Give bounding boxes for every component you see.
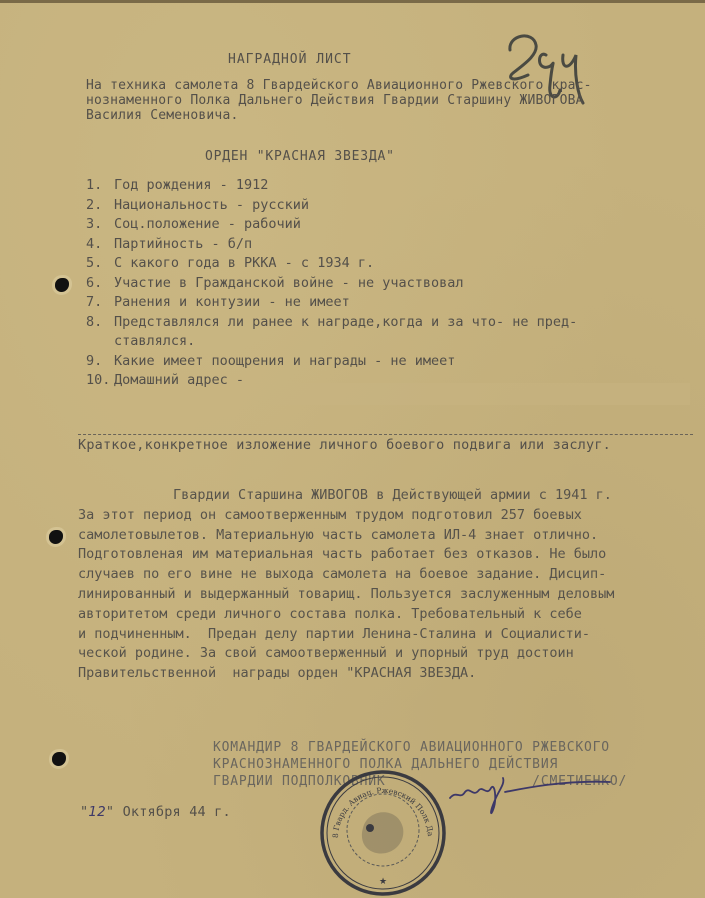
item-number: 5. bbox=[86, 254, 114, 274]
item-number: 1. bbox=[86, 176, 114, 196]
body-line: авторитетом среди личного состава полка.… bbox=[78, 605, 703, 625]
item-text: Ранения и контузии - не имеет bbox=[114, 293, 350, 313]
punch-hole bbox=[55, 278, 69, 292]
item-text: Партийность - б/п bbox=[114, 235, 252, 255]
body-line: Подготовленая им материальная часть рабо… bbox=[78, 545, 703, 565]
punch-hole bbox=[52, 752, 66, 766]
item-number: 4. bbox=[86, 235, 114, 255]
list-item: 2.Национальность - русский bbox=[86, 196, 686, 216]
svg-text:★: ★ bbox=[379, 877, 387, 887]
body-line: линированный и выдержанный товарищ. Поль… bbox=[78, 585, 703, 605]
punch-hole bbox=[49, 530, 63, 544]
intro-line: На техника самолета 8 Гвардейского Авиац… bbox=[86, 78, 592, 93]
document-date: "12" Октября 44 г. bbox=[80, 804, 231, 820]
item-number: 6. bbox=[86, 274, 114, 294]
body-line: и подчиненным. Предан делу партии Ленина… bbox=[78, 625, 703, 645]
item-number: 9. bbox=[86, 352, 114, 372]
body-line: Правительственной награды орден "КРАСНАЯ… bbox=[78, 664, 703, 684]
award-sheet-page: НАГРАДНОЙ ЛИСТ На техника самолета 8 Гва… bbox=[0, 0, 705, 898]
item-number: 8. bbox=[86, 313, 114, 333]
item-number: 10. bbox=[86, 371, 114, 391]
list-item: 6.Участие в Гражданской войне - не участ… bbox=[86, 274, 686, 294]
body-line: случаев по его вине не выхода самолета н… bbox=[78, 565, 703, 585]
list-item: 1.Год рождения - 1912 bbox=[86, 176, 686, 196]
merit-description: Гвардии Старшина ЖИВОГОВ в Действующей а… bbox=[78, 486, 703, 684]
item-number: 2. bbox=[86, 196, 114, 216]
item-number: 7. bbox=[86, 293, 114, 313]
item-text: Представлялся ли ранее к награде,когда и… bbox=[114, 313, 577, 333]
questionnaire-list: 1.Год рождения - 1912 2.Национальность -… bbox=[86, 176, 686, 391]
list-item-continuation: ставлялся. bbox=[86, 332, 686, 352]
official-seal-stamp: ★ 8 Гвард. Авиац. Ржевский Полк Дальнего… bbox=[318, 768, 448, 898]
signature-line: КОМАНДИР 8 ГВАРДЕЙСКОГО АВИАЦИОННОГО РЖЕ… bbox=[213, 739, 627, 756]
body-line: Гвардии Старшина ЖИВОГОВ в Действующей а… bbox=[78, 486, 703, 506]
redacted-address bbox=[270, 383, 690, 405]
body-line: ческой родине. За свой самоотверженный и… bbox=[78, 644, 703, 664]
intro-line: Василия Семеновича. bbox=[86, 108, 592, 123]
list-item: 3.Соц.положение - рабочий bbox=[86, 215, 686, 235]
order-name: ОРДЕН "КРАСНАЯ ЗВЕЗДА" bbox=[205, 149, 395, 165]
item-text: Участие в Гражданской войне - не участво… bbox=[114, 274, 464, 294]
recipient-intro: На техника самолета 8 Гвардейского Авиац… bbox=[86, 78, 592, 123]
item-text: Год рождения - 1912 bbox=[114, 176, 268, 196]
item-text: ставлялся. bbox=[86, 332, 195, 352]
list-item: 9.Какие имеет поощрения и награды - не и… bbox=[86, 352, 686, 372]
item-text: Домашний адрес - bbox=[114, 371, 244, 391]
body-line: самолетовылетов. Материальную часть само… bbox=[78, 526, 703, 546]
handwritten-signature bbox=[445, 770, 615, 820]
date-day-handwritten: 12 bbox=[88, 804, 106, 820]
top-edge-shadow bbox=[0, 0, 705, 3]
intro-line: нознаменного Полка Дальнего Действия Гва… bbox=[86, 93, 592, 108]
list-item: 4.Партийность - б/п bbox=[86, 235, 686, 255]
item-text: С какого года в РККА - с 1934 г. bbox=[114, 254, 374, 274]
item-number: 3. bbox=[86, 215, 114, 235]
body-line: За этот период он самоотверженным трудом… bbox=[78, 506, 703, 526]
item-text: Национальность - русский bbox=[114, 196, 309, 216]
section-heading: Краткое,конкретное изложение личного бое… bbox=[78, 434, 693, 453]
item-text: Какие имеет поощрения и награды - не име… bbox=[114, 352, 455, 372]
document-title: НАГРАДНОЙ ЛИСТ bbox=[228, 52, 352, 68]
date-month-year: " Октября 44 г. bbox=[106, 804, 231, 820]
item-text: Соц.положение - рабочий bbox=[114, 215, 301, 235]
list-item: 8.Представлялся ли ранее к награде,когда… bbox=[86, 313, 686, 333]
list-item: 7.Ранения и контузии - не имеет bbox=[86, 293, 686, 313]
list-item: 5.С какого года в РККА - с 1934 г. bbox=[86, 254, 686, 274]
